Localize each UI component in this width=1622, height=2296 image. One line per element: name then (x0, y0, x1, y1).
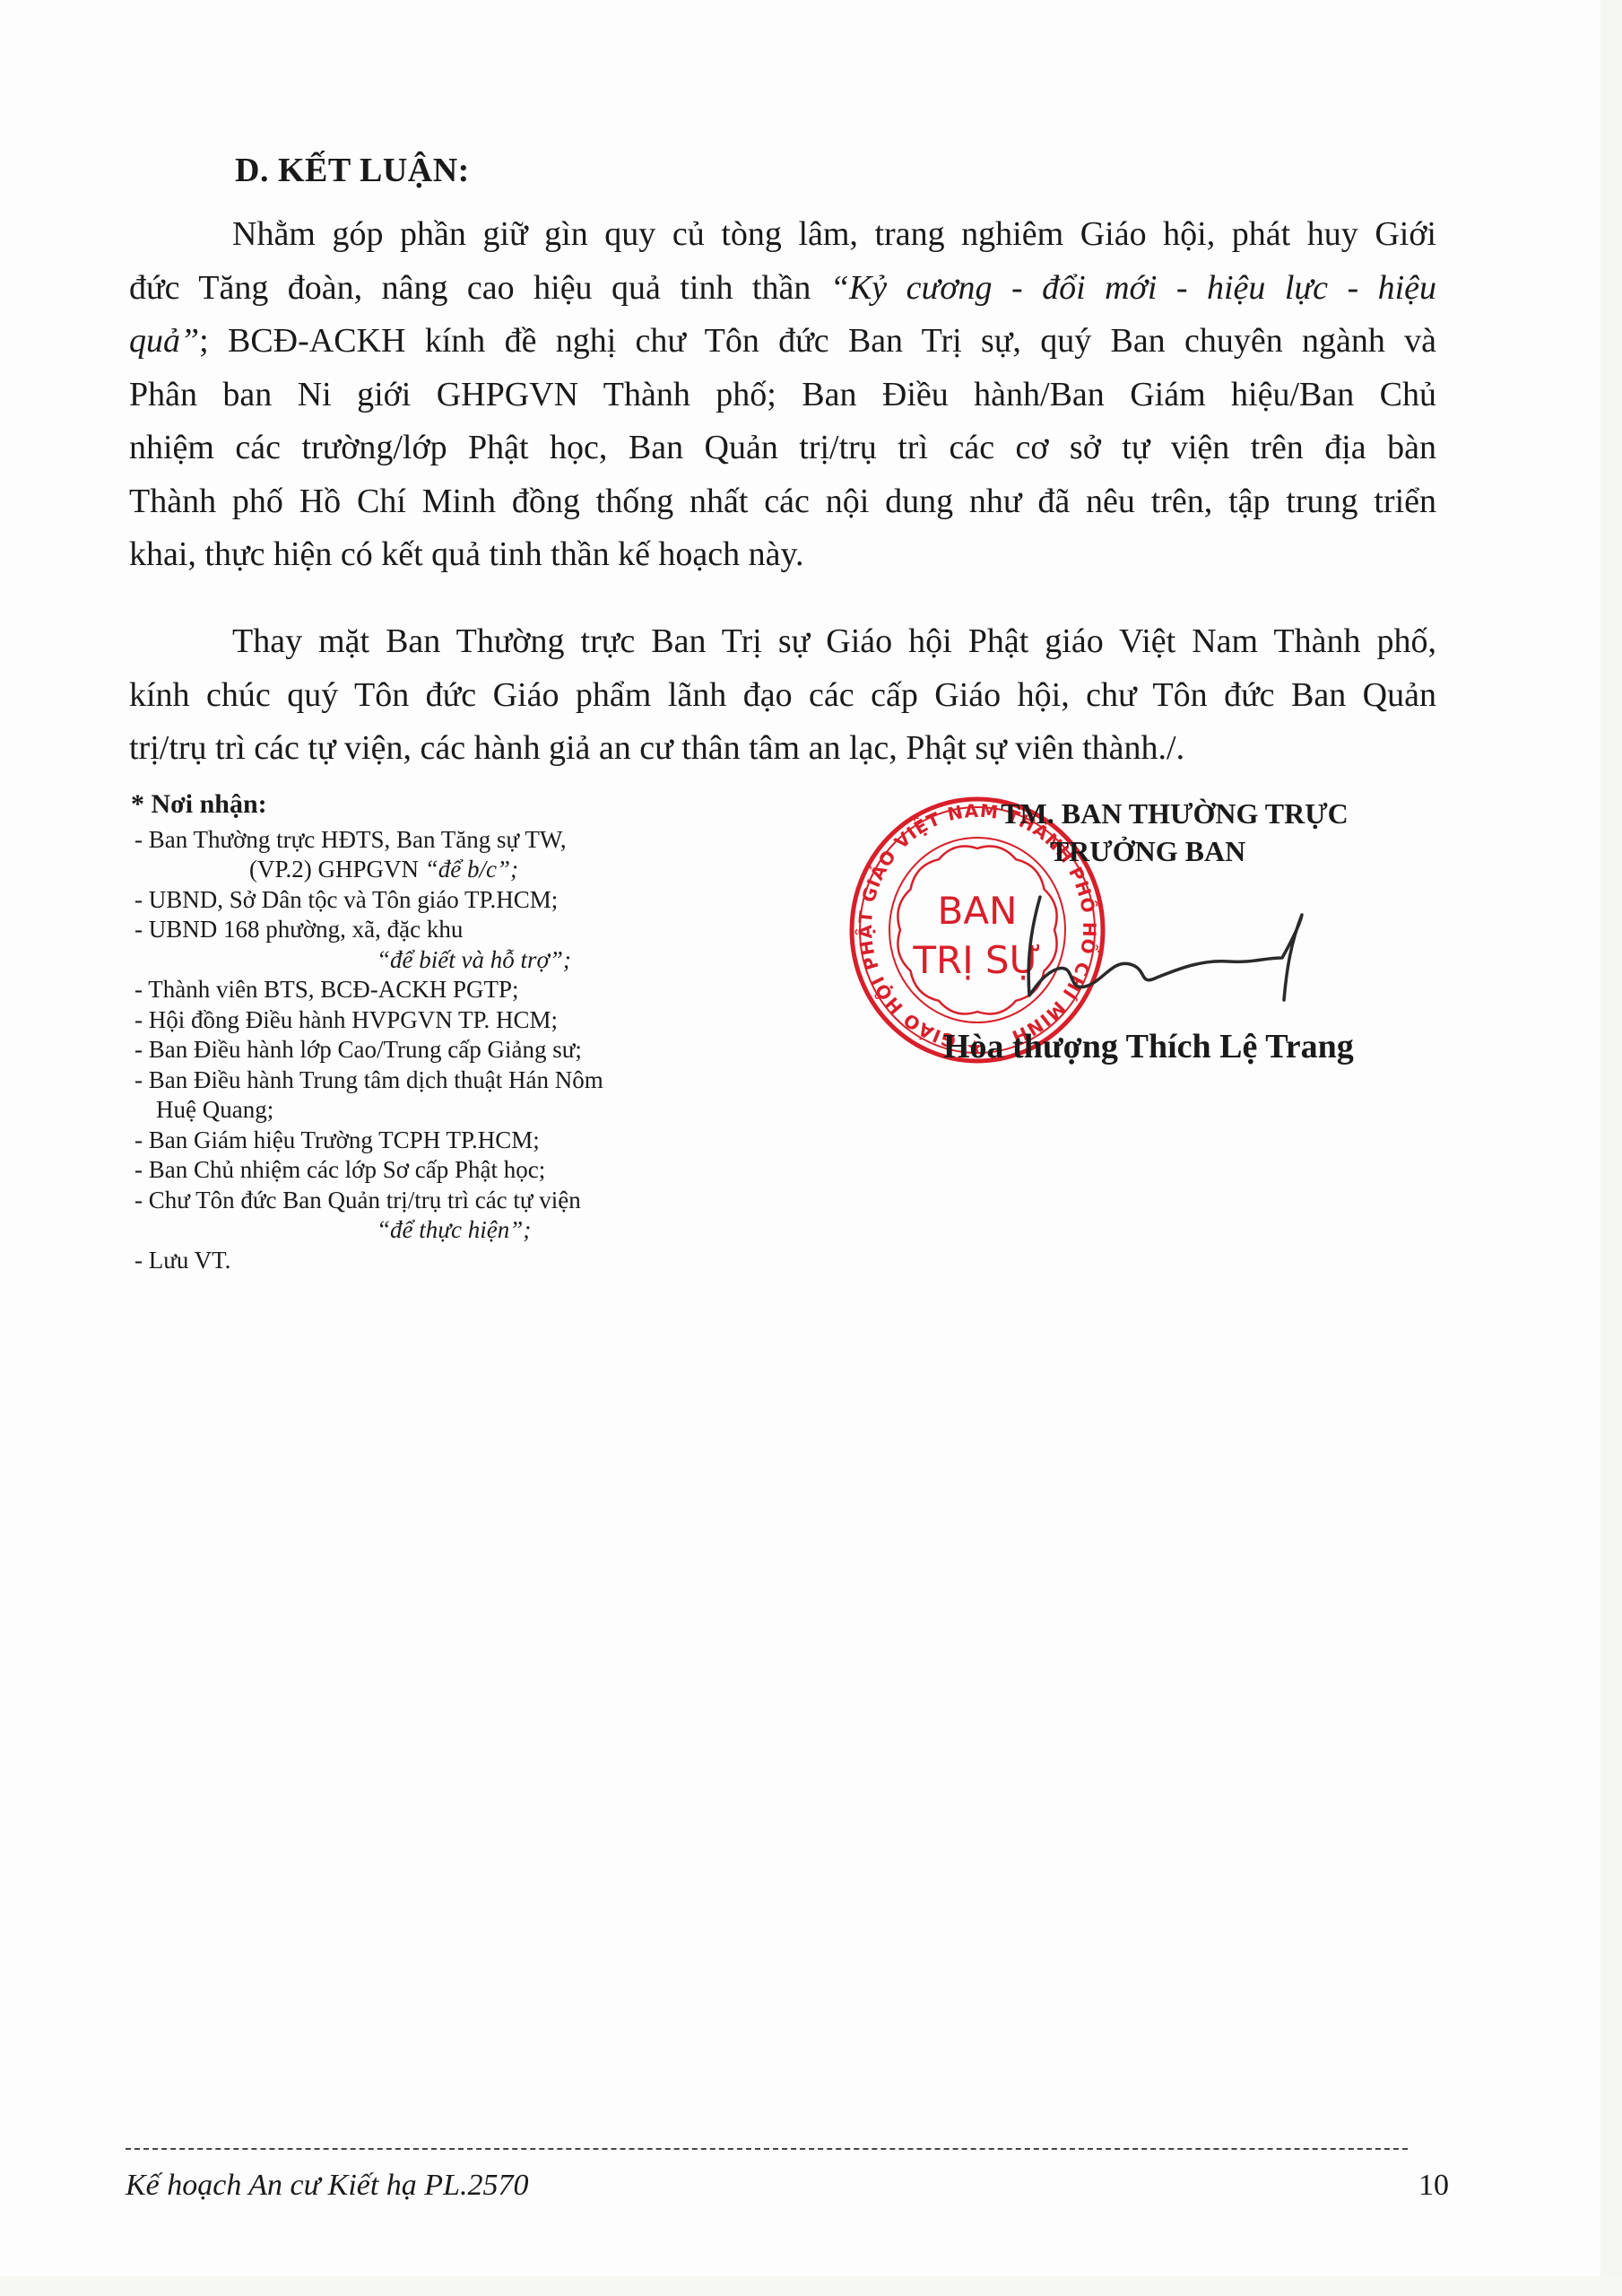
paragraph-line: khai, thực hiện có kết quả tinh thần kế … (129, 528, 1436, 582)
recipients-title: * Nơi nhận: (131, 789, 603, 820)
conclusion-paragraph: Nhằm góp phần giữ gìn quy củ tòng lâm, t… (129, 208, 1436, 582)
recipient-item: - Ban Thường trực HĐTS, Ban Tăng sự TW, (134, 825, 603, 856)
recipient-item: - UBND, Sở Dân tộc và Tôn giáo TP.HCM; (134, 885, 603, 916)
paragraph-line: Nhằm góp phần giữ gìn quy củ tòng lâm, t… (129, 208, 1436, 262)
document-page: D. KẾT LUẬN: Nhằm góp phần giữ gìn quy c… (0, 0, 1622, 2296)
signer-organization: TM. BAN THƯỜNG TRỰC (897, 794, 1453, 833)
recipient-item: - UBND 168 phường, xã, đặc khu (134, 915, 603, 945)
recipient-item: - Lưu VT. (134, 1246, 603, 1276)
handwritten-signature-icon (1022, 888, 1336, 1004)
footer-title: Kế hoạch An cư Kiết hạ PL.2570 (126, 2169, 529, 2203)
paragraph-line: Thành phố Hồ Chí Minh đồng thống nhất cá… (129, 475, 1436, 529)
paragraph-line: trị/trụ trì các tự viện, các hành giả an… (129, 722, 1436, 776)
recipient-item: - Hội đồng Điều hành HVPGVN TP. HCM; (134, 1005, 603, 1036)
paragraph-line: Thay mặt Ban Thường trực Ban Trị sự Giáo… (129, 615, 1436, 669)
recipient-item: - Chư Tôn đức Ban Quản trị/trụ trì các t… (134, 1186, 603, 1216)
section-heading: D. KẾT LUẬN: (235, 151, 470, 190)
recipient-item-note: “để thực hiện”; (134, 1215, 603, 1246)
signer-name: Hòa thượng Thích Lệ Trang (943, 1027, 1354, 1066)
paragraph-line: kính chúc quý Tôn đức Giáo phẩm lãnh đạo… (129, 669, 1436, 723)
greeting-paragraph: Thay mặt Ban Thường trực Ban Trị sự Giáo… (129, 615, 1436, 776)
footer-divider (126, 2148, 1408, 2150)
motto-text-end: quả” (129, 322, 199, 360)
scan-edge (1600, 0, 1622, 2296)
scan-edge (0, 2276, 1622, 2296)
paragraph-line: đức Tăng đoàn, nâng cao hiệu quả tinh th… (129, 262, 1436, 316)
recipient-item: - Ban Giám hiệu Trường TCPH TP.HCM; (134, 1126, 603, 1156)
recipient-item: - Ban Chủ nhiệm các lớp Sơ cấp Phật học; (134, 1155, 603, 1186)
motto-text: “Kỷ cương - đổi mới - hiệu lực - hiệu (830, 269, 1436, 307)
recipient-item: - Ban Điều hành Trung tâm dịch thuật Hán… (134, 1065, 603, 1096)
recipient-item: - Ban Điều hành lớp Cao/Trung cấp Giảng … (134, 1035, 603, 1065)
recipient-item-note: “để biết và hỗ trợ”; (134, 945, 603, 976)
page-number: 10 (1418, 2169, 1449, 2203)
paragraph-line: Phân ban Ni giới GHPGVN Thành phố; Ban Đ… (129, 369, 1436, 422)
paragraph-line: nhiệm các trường/lớp Phật học, Ban Quản … (129, 422, 1436, 475)
recipient-item: - Thành viên BTS, BCĐ-ACKH PGTP; (134, 975, 603, 1005)
paragraph-line: quả”; BCĐ-ACKH kính đề nghị chư Tôn đức … (129, 315, 1436, 369)
svg-text:BAN: BAN (938, 889, 1018, 933)
recipient-item-continued: (VP.2) GHPGVN “để b/c”; (134, 855, 603, 885)
signer-role: TRƯỞNG BAN (897, 833, 1453, 869)
signature-block: TM. BAN THƯỜNG TRỰC TRƯỞNG BAN Hòa thượn… (897, 794, 1453, 869)
recipient-item-continued: Huệ Quang; (134, 1095, 603, 1126)
recipients-list: * Nơi nhận: - Ban Thường trực HĐTS, Ban … (134, 789, 603, 1275)
